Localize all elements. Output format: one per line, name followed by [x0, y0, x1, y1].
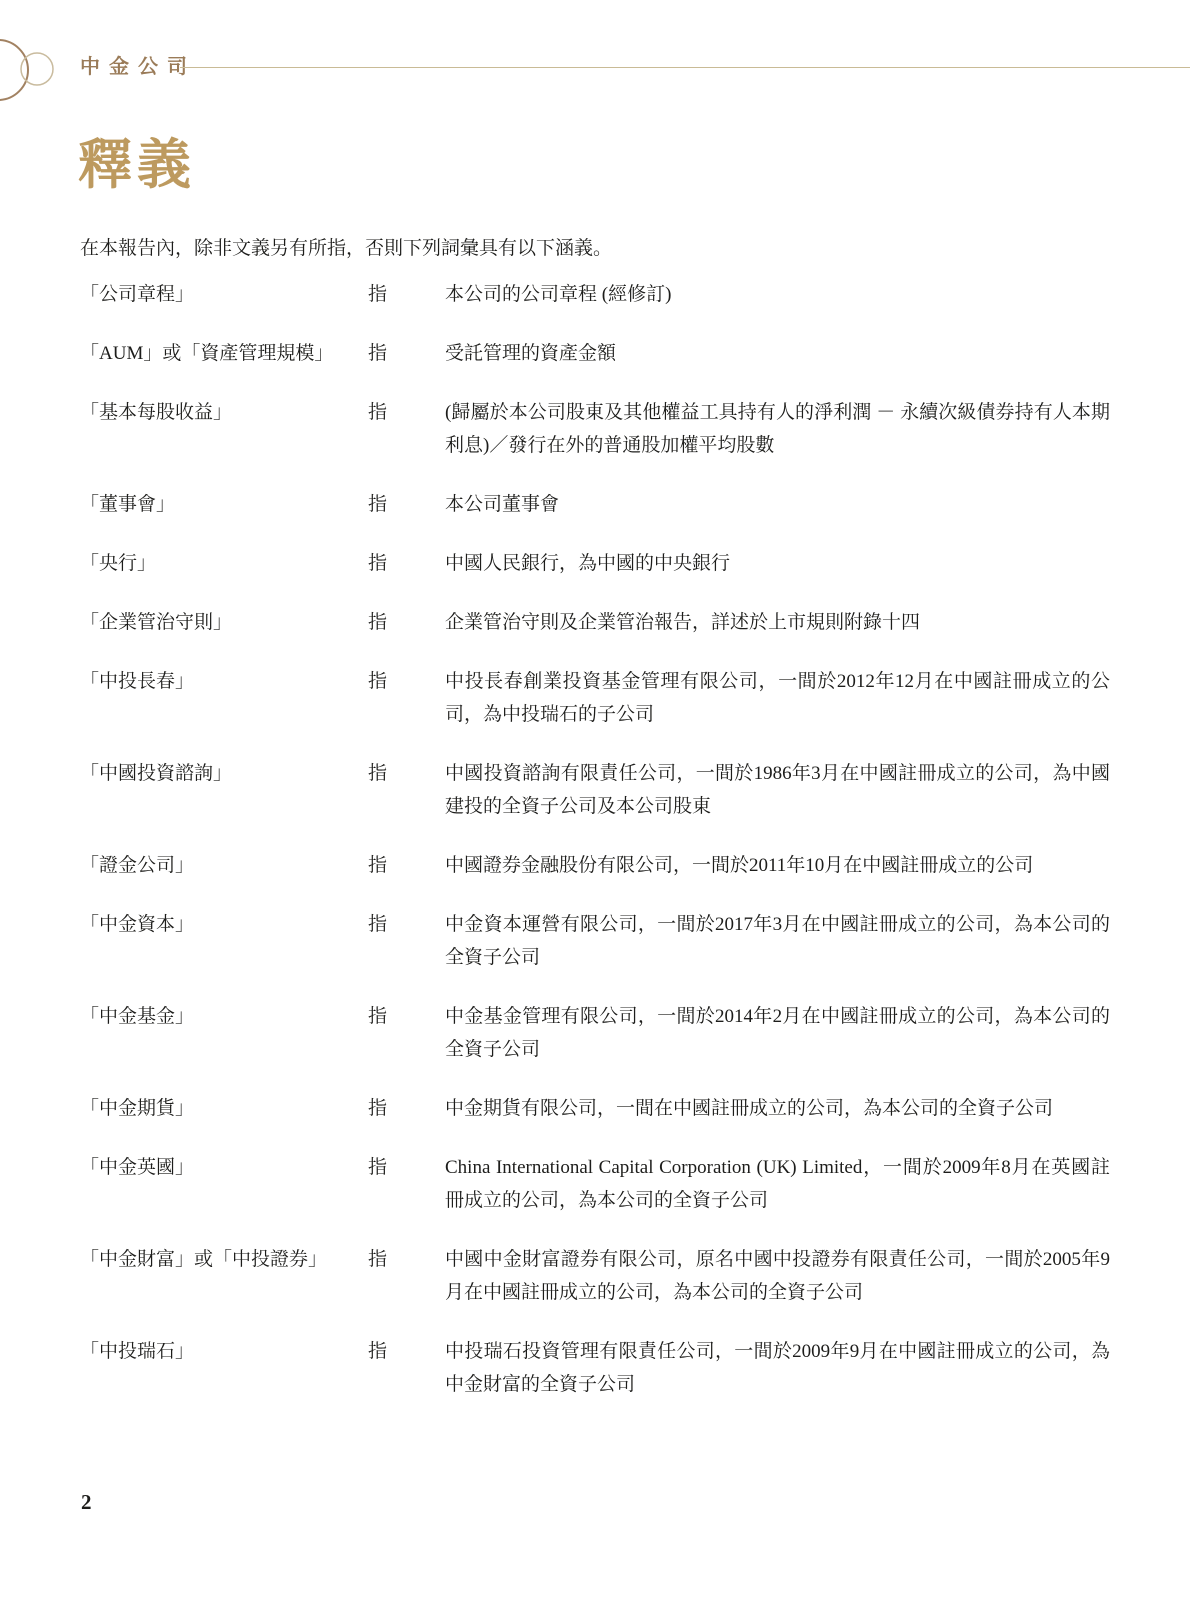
means-label: 指 — [368, 1151, 445, 1217]
definition-text: 中投瑞石投資管理有限責任公司，一間於2009年9月在中國註冊成立的公司，為中金財… — [445, 1335, 1110, 1401]
means-label: 指 — [368, 547, 445, 580]
definition-term: 「中金英國」 — [80, 1151, 368, 1217]
definition-row: 「中金基金」 指 中金基金管理有限公司，一間於2014年2月在中國註冊成立的公司… — [80, 1000, 1110, 1066]
means-label: 指 — [368, 908, 445, 974]
intro-text: 在本報告內，除非文義另有所指，否則下列詞彙具有以下涵義。 — [80, 232, 1110, 265]
definition-term: 「中國投資諮詢」 — [80, 757, 368, 823]
definition-text: China International Capital Corporation … — [445, 1151, 1110, 1217]
brand-name: 中金公司 — [80, 50, 196, 79]
page-number: 2 — [81, 1490, 92, 1515]
definition-term: 「中投長春」 — [80, 665, 368, 731]
means-label: 指 — [368, 757, 445, 823]
definition-term: 「中金基金」 — [80, 1000, 368, 1066]
definitions-list: 「公司章程」 指 本公司的公司章程 (經修訂) 「AUM」或「資產管理規模」 指… — [80, 278, 1110, 1427]
definition-term: 「央行」 — [80, 547, 368, 580]
definition-row: 「中投瑞石」 指 中投瑞石投資管理有限責任公司，一間於2009年9月在中國註冊成… — [80, 1335, 1110, 1401]
definition-text: (歸屬於本公司股東及其他權益工具持有人的淨利潤 － 永續次級債券持有人本期利息)… — [445, 396, 1110, 462]
means-label: 指 — [368, 396, 445, 462]
means-label: 指 — [368, 1243, 445, 1309]
definition-row: 「中國投資諮詢」 指 中國投資諮詢有限責任公司，一間於1986年3月在中國註冊成… — [80, 757, 1110, 823]
means-label: 指 — [368, 488, 445, 521]
means-label: 指 — [368, 1092, 445, 1125]
definition-row: 「中金期貨」 指 中金期貨有限公司，一間在中國註冊成立的公司，為本公司的全資子公… — [80, 1092, 1110, 1125]
definition-term: 「企業管治守則」 — [80, 606, 368, 639]
definition-term: 「基本每股收益」 — [80, 396, 368, 462]
definition-text: 本公司的公司章程 (經修訂) — [445, 278, 1110, 311]
definition-term: 「中金財富」或「中投證券」 — [80, 1243, 368, 1309]
definition-text: 中金資本運營有限公司，一間於2017年3月在中國註冊成立的公司，為本公司的全資子… — [445, 908, 1110, 974]
definition-text: 本公司董事會 — [445, 488, 1110, 521]
definition-term: 「中金資本」 — [80, 908, 368, 974]
definition-term: 「中金期貨」 — [80, 1092, 368, 1125]
means-label: 指 — [368, 278, 445, 311]
definition-text: 中國中金財富證券有限公司，原名中國中投證券有限責任公司，一間於2005年9月在中… — [445, 1243, 1110, 1309]
means-label: 指 — [368, 1000, 445, 1066]
brand-circles-icon — [0, 36, 76, 131]
header-rule — [180, 67, 1190, 68]
definition-text: 中國投資諮詢有限責任公司，一間於1986年3月在中國註冊成立的公司，為中國建投的… — [445, 757, 1110, 823]
definition-row: 「企業管治守則」 指 企業管治守則及企業管治報告，詳述於上市規則附錄十四 — [80, 606, 1110, 639]
definition-term: 「證金公司」 — [80, 849, 368, 882]
definition-term: 「中投瑞石」 — [80, 1335, 368, 1401]
definition-text: 受託管理的資產金額 — [445, 337, 1110, 370]
definition-row: 「董事會」 指 本公司董事會 — [80, 488, 1110, 521]
definition-text: 中國人民銀行，為中國的中央銀行 — [445, 547, 1110, 580]
definition-term: 「AUM」或「資產管理規模」 — [80, 337, 368, 370]
definition-row: 「公司章程」 指 本公司的公司章程 (經修訂) — [80, 278, 1110, 311]
page-title: 釋義 — [78, 134, 196, 196]
definition-term: 「公司章程」 — [80, 278, 368, 311]
definition-row: 「AUM」或「資產管理規模」 指 受託管理的資產金額 — [80, 337, 1110, 370]
definition-text: 企業管治守則及企業管治報告，詳述於上市規則附錄十四 — [445, 606, 1110, 639]
definition-text: 中金基金管理有限公司，一間於2014年2月在中國註冊成立的公司，為本公司的全資子… — [445, 1000, 1110, 1066]
means-label: 指 — [368, 849, 445, 882]
definition-row: 「中投長春」 指 中投長春創業投資基金管理有限公司，一間於2012年12月在中國… — [80, 665, 1110, 731]
definition-row: 「證金公司」 指 中國證券金融股份有限公司，一間於2011年10月在中國註冊成立… — [80, 849, 1110, 882]
definition-text: 中金期貨有限公司，一間在中國註冊成立的公司，為本公司的全資子公司 — [445, 1092, 1110, 1125]
definition-row: 「中金資本」 指 中金資本運營有限公司，一間於2017年3月在中國註冊成立的公司… — [80, 908, 1110, 974]
definition-text: 中投長春創業投資基金管理有限公司，一間於2012年12月在中國註冊成立的公司，為… — [445, 665, 1110, 731]
definition-row: 「央行」 指 中國人民銀行，為中國的中央銀行 — [80, 547, 1110, 580]
means-label: 指 — [368, 1335, 445, 1401]
means-label: 指 — [368, 606, 445, 639]
definition-term: 「董事會」 — [80, 488, 368, 521]
definition-text: 中國證券金融股份有限公司，一間於2011年10月在中國註冊成立的公司 — [445, 849, 1110, 882]
definition-row: 「中金英國」 指 China International Capital Cor… — [80, 1151, 1110, 1217]
means-label: 指 — [368, 665, 445, 731]
definition-row: 「基本每股收益」 指 (歸屬於本公司股東及其他權益工具持有人的淨利潤 － 永續次… — [80, 396, 1110, 462]
means-label: 指 — [368, 337, 445, 370]
definition-row: 「中金財富」或「中投證券」 指 中國中金財富證券有限公司，原名中國中投證券有限責… — [80, 1243, 1110, 1309]
